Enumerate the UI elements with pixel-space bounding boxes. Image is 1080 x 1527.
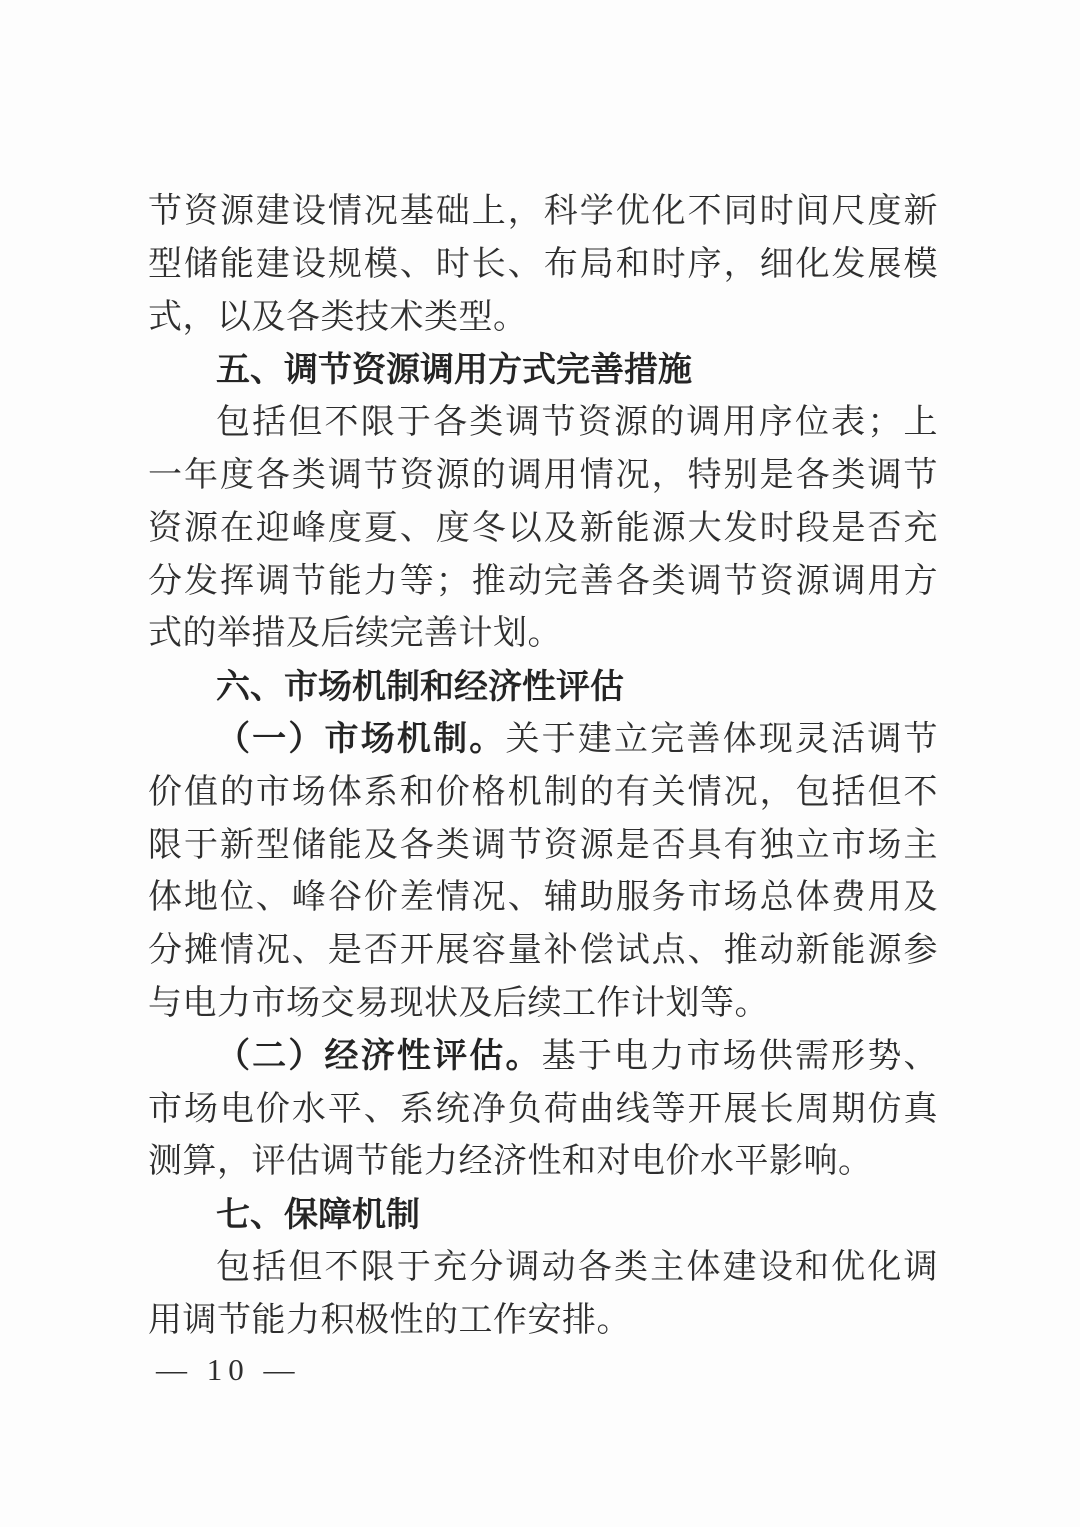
paragraph-continuation: 节资源建设情况基础上，科学优化不同时间尺度新型储能建设规模、时长、布局和时序，细… — [148, 186, 938, 344]
section-heading-6: 六、市场机制和经济性评估 — [148, 661, 938, 714]
section-heading-5: 五、调节资源调用方式完善措施 — [148, 344, 938, 397]
paragraph-section-6-item-2: （二）经济性评估。基于电力市场供需形势、市场电价水平、系统净负荷曲线等开展长周期… — [148, 1031, 938, 1189]
paragraph-text: 包括但不限于各类调节资源的调用序位表；上一年度各类调节资源的调用情况，特别是各类… — [148, 404, 938, 652]
paragraph-section-7: 包括但不限于充分调动各类主体建设和优化调用调节能力积极性的工作安排。 — [148, 1242, 938, 1348]
paragraph-text: 节资源建设情况基础上，科学优化不同时间尺度新型储能建设规模、时长、布局和时序，细… — [148, 193, 938, 336]
paragraph-section-6-item-1: （一）市场机制。关于建立完善体现灵活调节价值的市场体系和价格机制的有关情况，包括… — [148, 714, 938, 1031]
paragraph-lead: （一）市场机制。 — [216, 721, 505, 758]
paragraph-text: 关于建立完善体现灵活调节价值的市场体系和价格机制的有关情况，包括但不限于新型储能… — [148, 721, 938, 1022]
paragraph-lead: （二）经济性评估。 — [216, 1038, 542, 1075]
page-number: — 10 — — [156, 1352, 301, 1388]
paragraph-text: 包括但不限于充分调动各类主体建设和优化调用调节能力积极性的工作安排。 — [148, 1249, 938, 1339]
document-page: 节资源建设情况基础上，科学优化不同时间尺度新型储能建设规模、时长、布局和时序，细… — [0, 0, 1080, 1527]
page-content: 节资源建设情况基础上，科学优化不同时间尺度新型储能建设规模、时长、布局和时序，细… — [148, 186, 938, 1348]
paragraph-section-5: 包括但不限于各类调节资源的调用序位表；上一年度各类调节资源的调用情况，特别是各类… — [148, 397, 938, 661]
section-heading-7: 七、保障机制 — [148, 1189, 938, 1242]
